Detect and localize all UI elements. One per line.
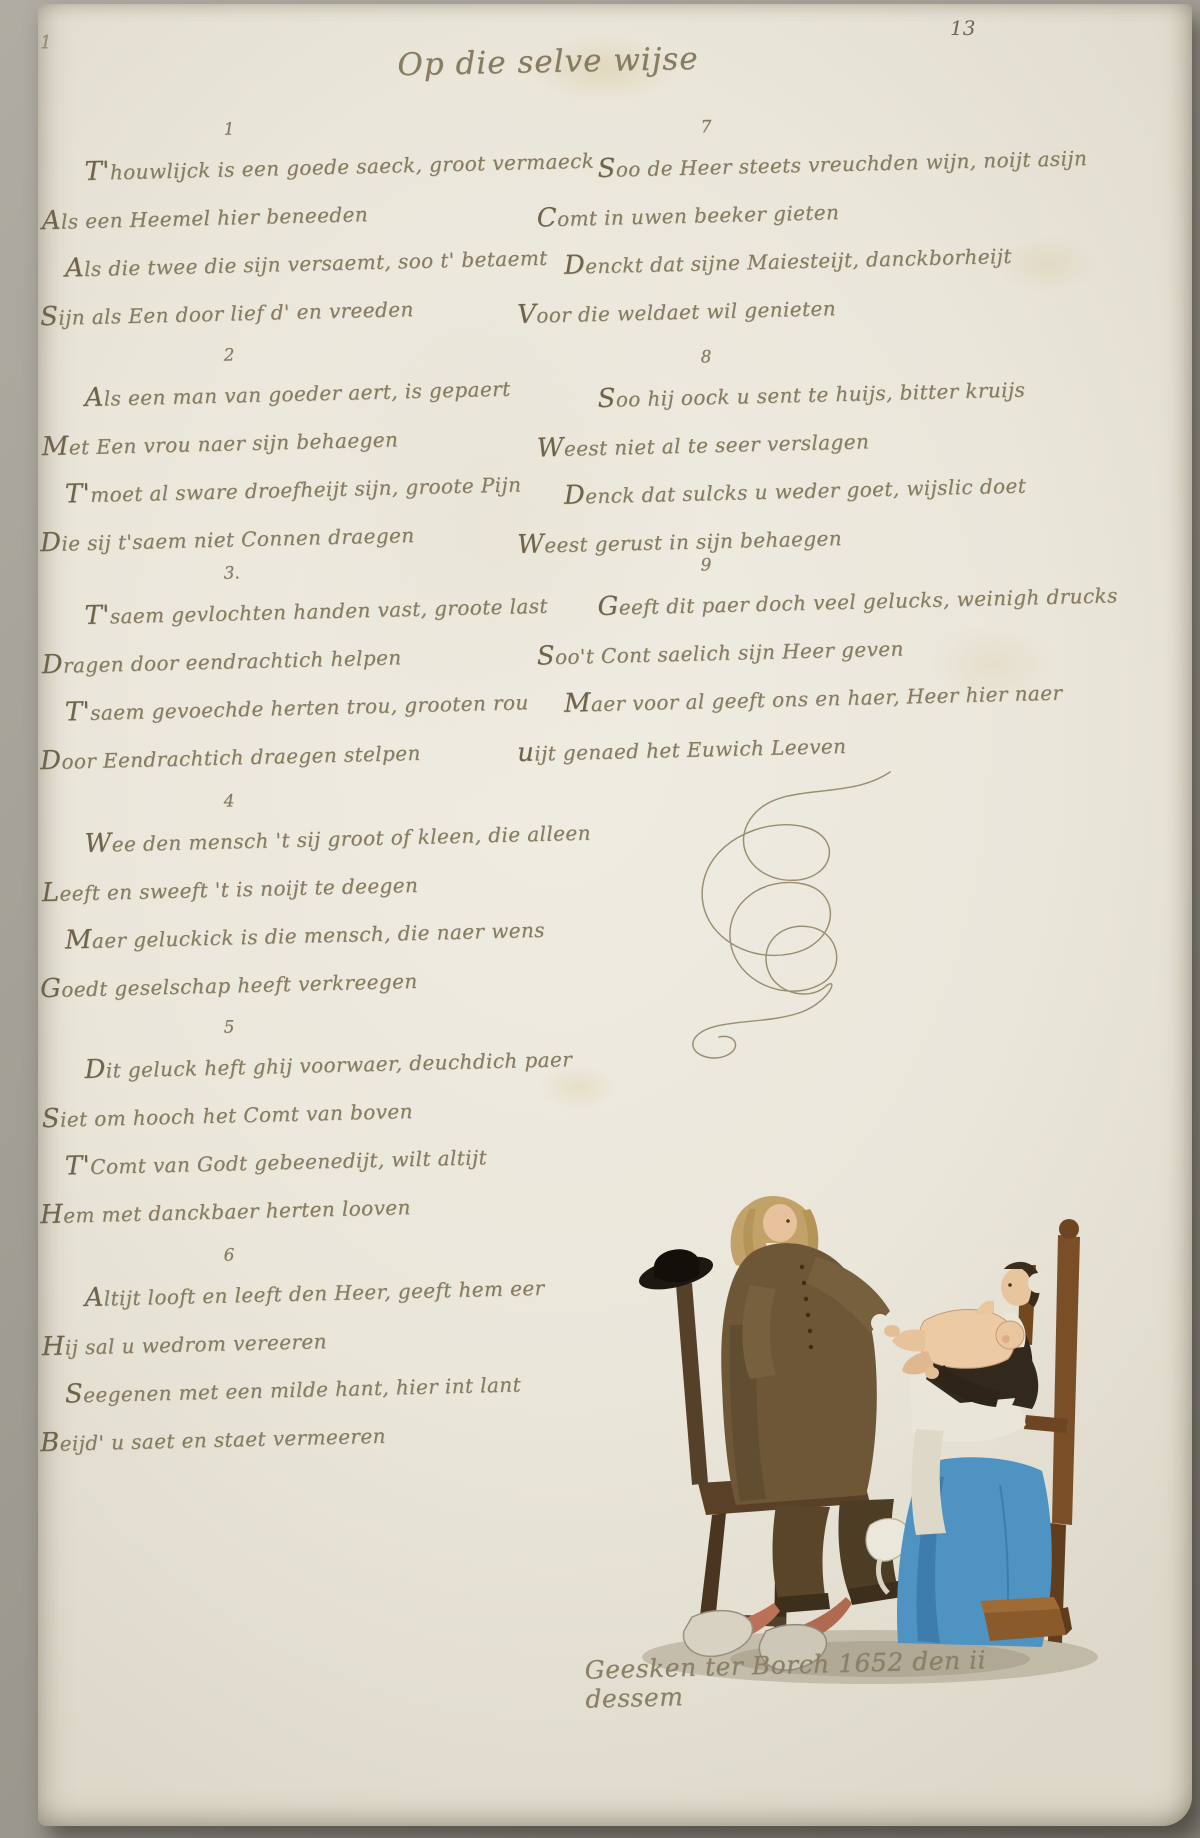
verse-line: Geeft dit paer doch veel gelucks, weinig… xyxy=(597,574,1004,632)
stanza-number: 6 xyxy=(223,1238,540,1266)
stanza-1: 1 T'houwlijck is een goede saeck, groot … xyxy=(35,112,545,342)
page-number: 13 xyxy=(950,16,975,40)
man-figure xyxy=(721,1196,877,1505)
calligraphic-flourish xyxy=(595,758,895,1082)
stanza-number: 4 xyxy=(223,784,540,812)
stanza-3: 3. T'saem gevlochten handen vast, groote… xyxy=(35,556,545,786)
margin-mark: 1 xyxy=(40,32,51,53)
stanza-number: 8 xyxy=(700,340,1002,367)
stanza-4: 4 Wee den mensch 't sij groot of kleen, … xyxy=(35,784,545,1014)
stanza-8: 8 Soo hij oock u sent te huijs, bitter k… xyxy=(512,340,1007,570)
stanza-9: 9 Geeft dit paer doch veel gelucks, wein… xyxy=(512,548,1007,778)
stanza-number: 1 xyxy=(223,112,540,140)
stanza-2: 2 Als een man van goeder aert, is gepaer… xyxy=(35,338,545,568)
verse-line: Soo hij oock u sent te huijs, bitter kru… xyxy=(597,366,1004,424)
signature: Geesken ter Borch 1652 den ii dessem xyxy=(584,1644,1015,1713)
paper-stain xyxy=(998,234,1098,294)
stanza-number: 7 xyxy=(700,110,1002,137)
family-watercolor-illustration xyxy=(580,1165,1100,1689)
stanza-number: 2 xyxy=(223,338,540,366)
stanza-6: 6 Altijt looft en leeft den Heer, geeft … xyxy=(35,1238,545,1468)
stanza-7: 7 Soo de Heer steets vreuchden wijn, noi… xyxy=(512,110,1007,340)
stanza-5: 5 Dit geluck heft ghij voorwaer, deuchdi… xyxy=(35,1010,545,1240)
manuscript-scan: 1 13 Op die selve wijse 1 T'houwlijck is… xyxy=(0,0,1200,1838)
stanza-number: 5 xyxy=(223,1010,540,1038)
black-hat xyxy=(636,1249,717,1296)
poem-title: Op die selve wijse xyxy=(338,40,759,85)
manuscript-page: 1 13 Op die selve wijse 1 T'houwlijck is… xyxy=(38,4,1192,1826)
verse-line: Soo de Heer steets vreuchden wijn, noijt… xyxy=(597,136,1004,194)
